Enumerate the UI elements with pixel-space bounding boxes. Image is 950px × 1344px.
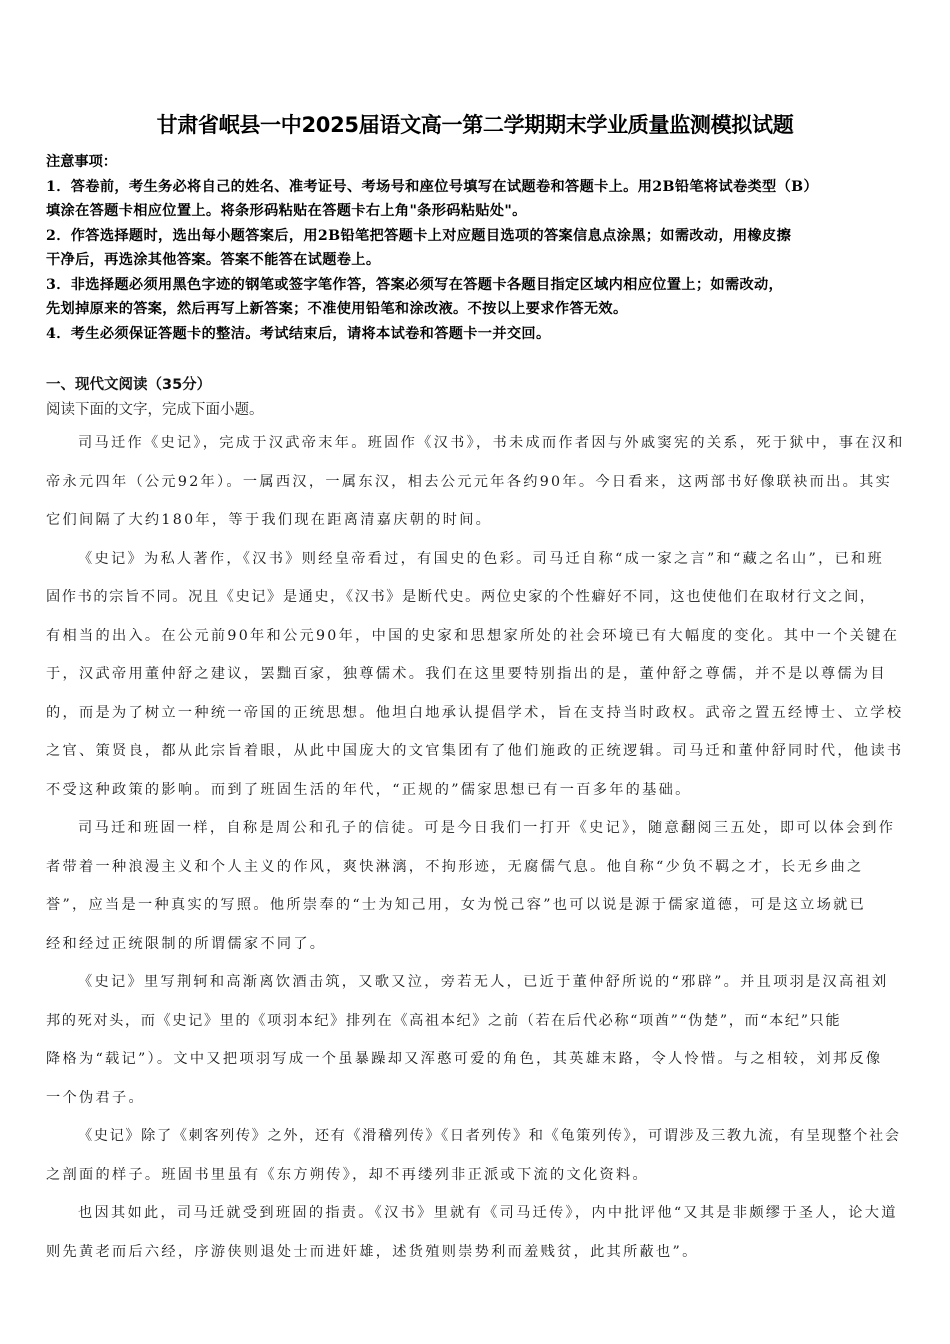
reading-passage: 司马迁作《史记》，完成于汉武帝末年。班固作《汉书》，书未成而作者因与外戚窦宪的关… — [46, 432, 906, 1279]
passage-line: 经和经过正统限制的所谓儒家不同了。 — [46, 933, 906, 972]
notice-heading: 注意事项： — [46, 150, 906, 175]
passage-line: 降格为“载记”）。文中又把项羽写成一个虽暴躁却又浑憨可爱的角色，其英雄末路，令人… — [46, 1048, 906, 1087]
passage-line: 则先黄老而后六经，序游侠则退处士而进奸雄，述货殖则崇势利而羞贱贫，此其所蔽也”。 — [46, 1241, 906, 1280]
passage-line: 《史记》除了《刺客列传》之外，还有《滑稽列传》《日者列传》和《龟策列传》，可谓涉… — [46, 1125, 906, 1164]
exam-page: 甘肃省岷县一中2025届语文高一第二学期期末学业质量监测模拟试题 注意事项： 1… — [0, 0, 950, 1344]
page-title: 甘肃省岷县一中2025届语文高一第二学期期末学业质量监测模拟试题 — [0, 110, 950, 140]
passage-line: 有相当的出入。在公元前90年和公元90年，中国的史家和思想家所处的社会环境已有大… — [46, 625, 906, 664]
passage-line: 《史记》里写荆轲和高渐离饮酒击筑，又歌又泣，旁若无人，已近于董仲舒所说的“邪辟”… — [46, 971, 906, 1010]
notice-line: 填涂在答题卡相应位置上。将条形码粘贴在答题卡右上角"条形码粘贴处"。 — [46, 199, 906, 224]
passage-line: 的，而是为了树立一种统一帝国的正统思想。他坦白地承认提倡学术，旨在支持当时政权。… — [46, 702, 906, 741]
passage-line: 帝永元四年（公元92年）。一属西汉，一属东汉，相去公元元年各约90年。今日看来，… — [46, 471, 906, 510]
passage-line: 邦的死对头，而《史记》里的《项羽本纪》排列在《高祖本纪》之前（若在后代必称“项酋… — [46, 1010, 906, 1049]
passage-line: 也因其如此，司马迁就受到班固的指责。《汉书》里就有《司马迁传》，内中批评他“又其… — [46, 1202, 906, 1241]
passage-line: 于，汉武帝用董仲舒之建议，罢黜百家，独尊儒术。我们在这里要特别指出的是，董仲舒之… — [46, 663, 906, 702]
notice-line: 1．答卷前，考生务必将自己的姓名、准考证号、考场号和座位号填写在试题卷和答题卡上… — [46, 175, 906, 200]
passage-line: 固作书的宗旨不同。况且《史记》是通史，《汉书》是断代史。两位史家的个性癖好不同，… — [46, 586, 906, 625]
notice-line: 干净后，再选涂其他答案。答案不能答在试题卷上。 — [46, 248, 906, 273]
passage-line: 《史记》为私人著作，《汉书》则经皇帝看过，有国史的色彩。司马迁自称“成一家之言”… — [46, 548, 906, 587]
passage-line: 之官、策贤良，都从此宗旨着眼，从此中国庞大的文官集团有了他们施政的正统逻辑。司马… — [46, 740, 906, 779]
passage-line: 司马迁和班固一样，自称是周公和孔子的信徒。可是今日我们一打开《史记》，随意翻阅三… — [46, 817, 906, 856]
passage-line: 它们间隔了大约180年，等于我们现在距离清嘉庆朝的时间。 — [46, 509, 906, 548]
passage-line: 不受这种政策的影响。而到了班固生活的年代，“正规的”儒家思想已有一百多年的基础。 — [46, 779, 906, 818]
passage-line: 一个伪君子。 — [46, 1087, 906, 1126]
notice-section: 注意事项： 1．答卷前，考生务必将自己的姓名、准考证号、考场号和座位号填写在试题… — [46, 150, 906, 346]
notice-line: 4．考生必须保证答题卡的整洁。考试结束后，请将本试卷和答题卡一并交回。 — [46, 322, 906, 347]
passage-line: 誉”，应当是一种真实的写照。他所崇奉的“士为知己用，女为悦己容”也可以说是源于儒… — [46, 894, 906, 933]
notice-line: 2．作答选择题时，选出每小题答案后，用2B铅笔把答题卡上对应题目选项的答案信息点… — [46, 224, 906, 249]
passage-line: 司马迁作《史记》，完成于汉武帝末年。班固作《汉书》，书未成而作者因与外戚窦宪的关… — [46, 432, 906, 471]
passage-line: 之剖面的样子。班固书里虽有《东方朔传》，却不再缕列非正派或下流的文化资料。 — [46, 1164, 906, 1203]
section-heading: 一、现代文阅读（35分） — [46, 374, 211, 396]
section-instruction: 阅读下面的文字，完成下面小题。 — [46, 399, 264, 421]
passage-line: 者带着一种浪漫主义和个人主义的作风，爽快淋漓，不拘形迹，无腐儒气息。他自称“少负… — [46, 856, 906, 895]
notice-line: 先划掉原来的答案，然后再写上新答案；不准使用铅笔和涂改液。不按以上要求作答无效。 — [46, 297, 906, 322]
notice-line: 3．非选择题必须用黑色字迹的钢笔或签字笔作答，答案必须写在答题卡各题目指定区域内… — [46, 273, 906, 298]
